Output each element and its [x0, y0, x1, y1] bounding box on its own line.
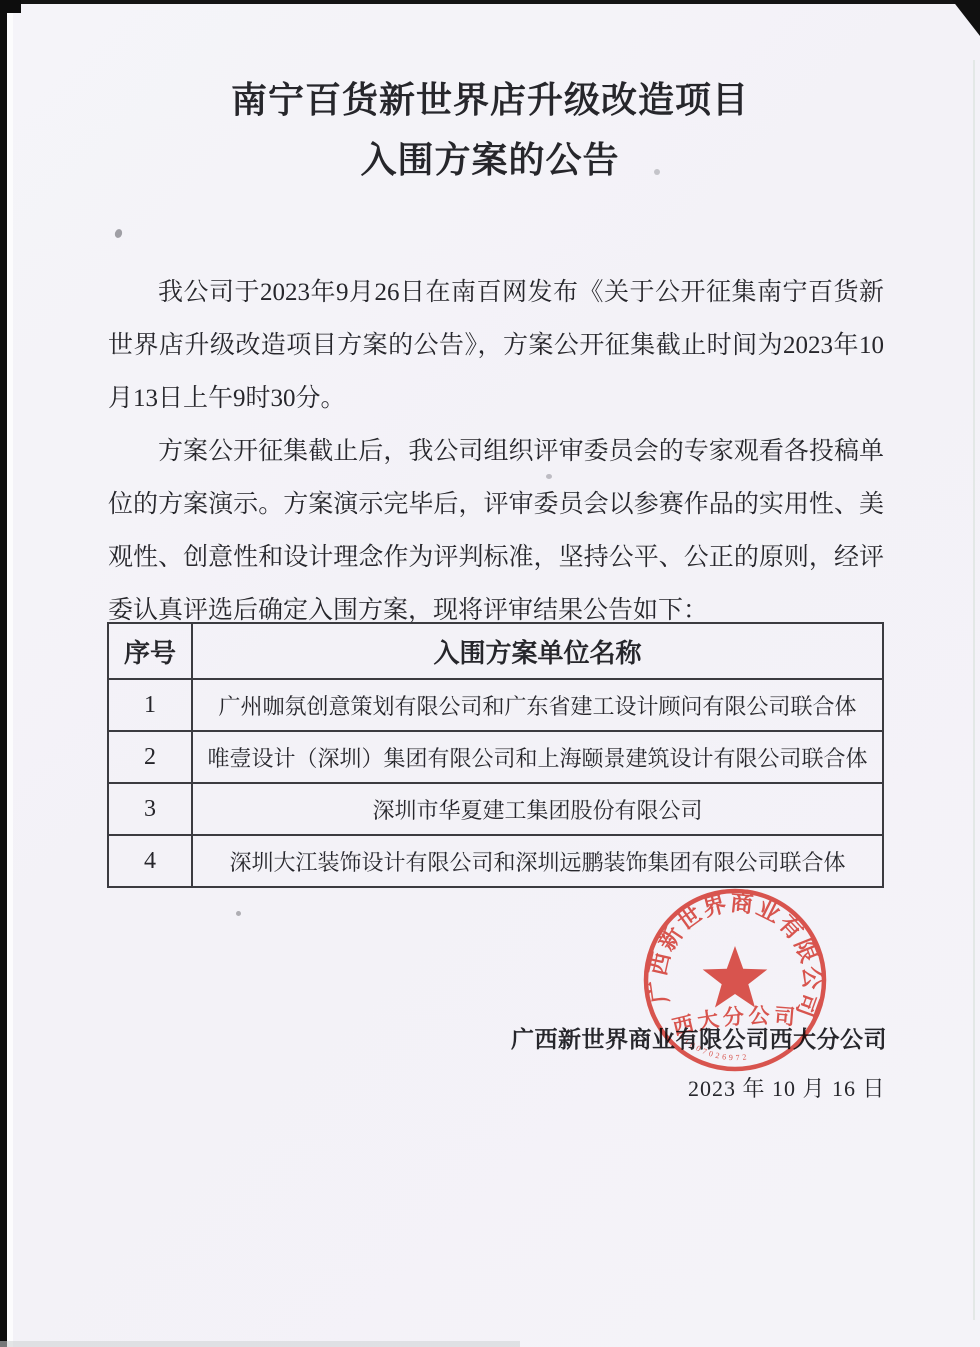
table-row: 2 唯壹设计（深圳）集团有限公司和上海颐景建筑设计有限公司联合体 — [108, 731, 883, 783]
issuer-signature: 广西新世界商业有限公司西大分公司 — [511, 1021, 887, 1054]
scanned-document-page: 南宁百货新世界店升级改造项目 入围方案的公告 我公司于2023年9月26日在南百… — [0, 0, 980, 1347]
scan-speck — [114, 228, 124, 239]
scan-edge-bottom — [0, 1341, 520, 1347]
company-seal-stamp: 广西新世界商业有限公司 西大分公司 01007026972 — [623, 868, 847, 1092]
table-row: 3 深圳市华夏建工集团股份有限公司 — [108, 783, 883, 835]
star-icon — [703, 946, 768, 1008]
row-number: 3 — [108, 783, 192, 835]
row-unit-name: 唯壹设计（深圳）集团有限公司和上海颐景建筑设计有限公司联合体 — [192, 731, 883, 783]
scan-edge-right-line — [973, 60, 975, 1320]
scan-edge-top — [0, 0, 980, 4]
document-body: 我公司于2023年9月26日在南百网发布《关于公开征集南宁百货新世界店升级改造项… — [108, 266, 884, 637]
scan-edge-sliver — [7, 0, 13, 1347]
scan-speck — [236, 911, 241, 916]
issue-date: 2023 年 10 月 16 日 — [688, 1072, 886, 1103]
table-row: 1 广州咖氛创意策划有限公司和广东省建工设计顾问有限公司联合体 — [108, 679, 883, 731]
shortlist-table: 序号 入围方案单位名称 1 广州咖氛创意策划有限公司和广东省建工设计顾问有限公司… — [107, 622, 884, 888]
row-unit-name: 深圳市华夏建工集团股份有限公司 — [192, 783, 883, 835]
row-number: 1 — [108, 679, 192, 731]
paragraph-1: 我公司于2023年9月26日在南百网发布《关于公开征集南宁百货新世界店升级改造项… — [108, 266, 884, 425]
stamp-ring-text: 广西新世界商业有限公司 — [644, 889, 824, 1022]
document-title: 南宁百货新世界店升级改造项目 入围方案的公告 — [0, 70, 980, 190]
table-row: 4 深圳大江装饰设计有限公司和深圳远鹏装饰集团有限公司联合体 — [108, 835, 883, 887]
row-unit-name: 广州咖氛创意策划有限公司和广东省建工设计顾问有限公司联合体 — [192, 679, 883, 731]
document-title-line2: 入围方案的公告 — [0, 130, 980, 190]
row-number: 2 — [108, 731, 192, 783]
table-header-row: 序号 入围方案单位名称 — [108, 623, 883, 679]
row-unit-name: 深圳大江装饰设计有限公司和深圳远鹏装饰集团有限公司联合体 — [192, 835, 883, 887]
document-title-line1: 南宁百货新世界店升级改造项目 — [0, 70, 980, 130]
header-unit-name: 入围方案单位名称 — [192, 623, 883, 679]
scan-edge-corner-top-right — [952, 0, 980, 36]
paragraph-2: 方案公开征集截止后，我公司组织评审委员会的专家观看各投稿单位的方案演示。方案演示… — [108, 425, 884, 637]
scan-edge-left — [0, 0, 7, 1347]
row-number: 4 — [108, 835, 192, 887]
scan-edge-left-notch — [0, 0, 21, 13]
header-serial-number: 序号 — [108, 623, 192, 679]
